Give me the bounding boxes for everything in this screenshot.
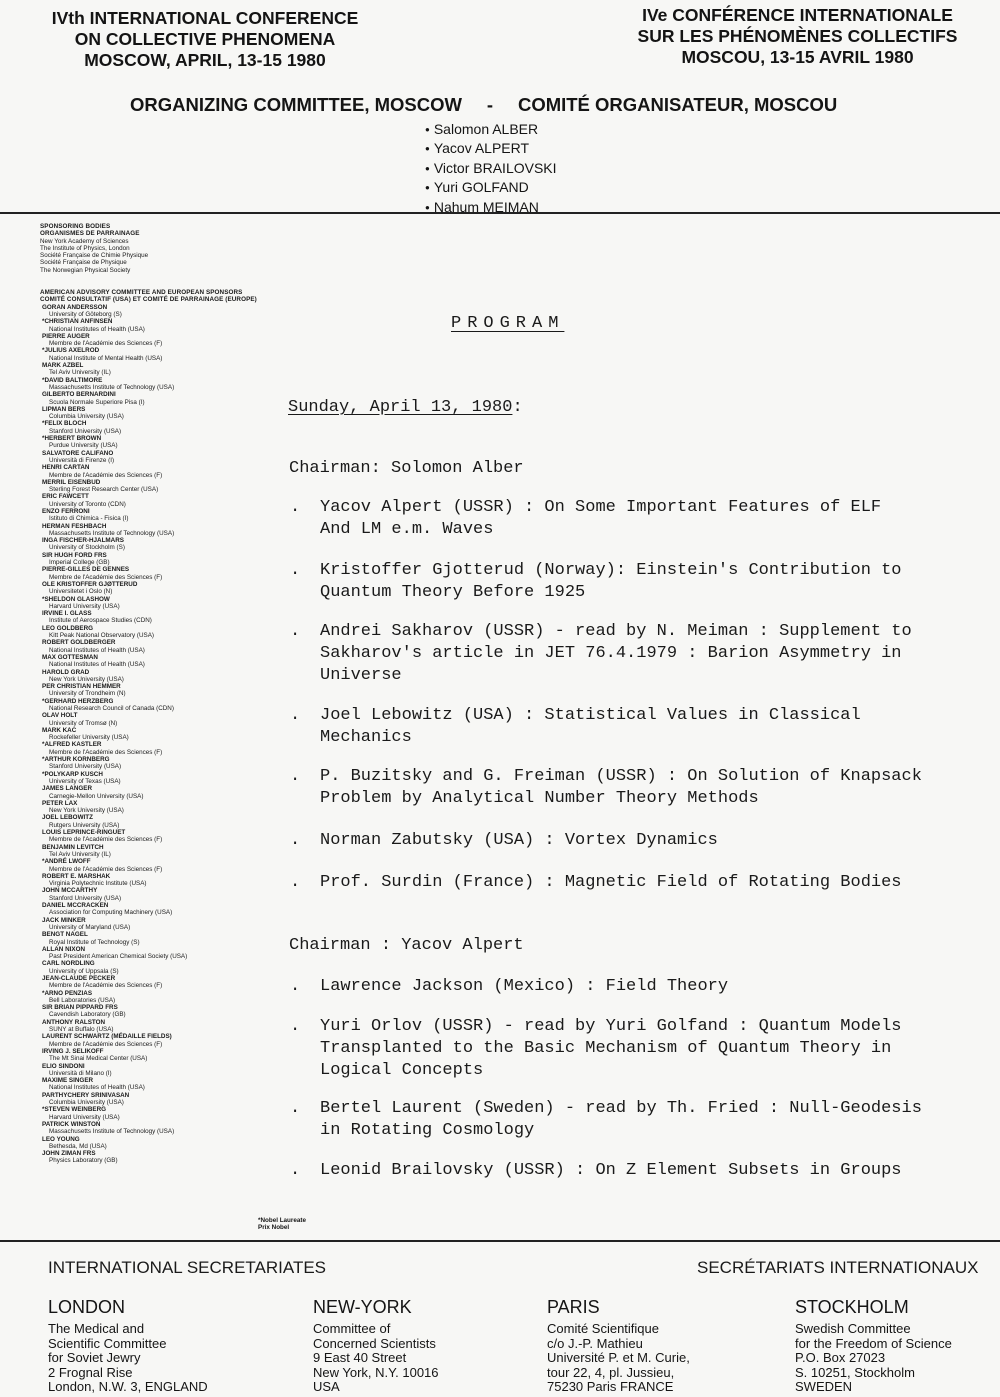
program-talk: .Leonid Brailovsky (USSR) : On Z Element…: [288, 1160, 980, 1182]
committee-member: Yacov ALPERT: [425, 140, 557, 159]
advisory-member-affiliation: Past President American Chemical Society…: [49, 953, 300, 960]
advisory-member-name: *Steven Weinberg: [42, 1106, 300, 1113]
secretariat-london: LONDONThe Medical andScientific Committe…: [48, 1297, 278, 1395]
talk-line: Prof. Surdin (France) : Magnetic Field o…: [320, 872, 980, 894]
secretariat-address-line: 9 East 40 Street: [313, 1351, 543, 1366]
sponsor-list: New York Academy of SciencesThe Institut…: [40, 238, 300, 274]
advisory-member-affiliation: Rutgers University (USA): [49, 822, 300, 829]
advisory-member-affiliation: Physics Laboratory (GB): [49, 1157, 300, 1164]
conference-title-french: IVe CONFÉRENCE INTERNATIONALE SUR LES PH…: [625, 5, 970, 68]
talk-line: Yacov Alpert (USSR) : On Some Important …: [320, 497, 980, 519]
title-line: SUR LES PHÉNOMÈNES COLLECTIFS: [625, 26, 970, 47]
secretariat-address-line: for the Freedom of Science: [795, 1337, 1000, 1352]
advisory-member-name: John McCarthy: [42, 887, 300, 894]
advisory-member-name: Bengt Nagel: [42, 931, 300, 938]
talk-line: Kristoffer Gjotterud (Norway): Einstein'…: [320, 560, 980, 582]
advisory-member-name: Jack Minker: [42, 917, 300, 924]
advisory-member-name: Merril Eisenbud: [42, 479, 300, 486]
advisory-member-name: Carl Nordling: [42, 960, 300, 967]
advisory-member-name: *Arthur Kornberg: [42, 756, 300, 763]
advisory-member-affiliation: Royal Institute of Technology (S): [49, 939, 300, 946]
advisory-member-affiliation: University of Maryland (USA): [49, 924, 300, 931]
advisory-member-name: Mark Kac: [42, 727, 300, 734]
sponsor-item: Société Française de Physique: [40, 259, 300, 266]
advisory-member-affiliation: Stanford University (USA): [49, 895, 300, 902]
advisory-member-affiliation: Imperial College (GB): [49, 559, 300, 566]
committee-member: Yuri GOLFAND: [425, 179, 557, 198]
title-line: MOSCOW, APRIL, 13-15 1980: [40, 50, 370, 71]
secretariat-address-line: Comité Scientifique: [547, 1322, 777, 1337]
advisory-member-name: John Ziman FRS: [42, 1150, 300, 1157]
advisory-member-name: Patrick Winston: [42, 1121, 300, 1128]
talk-line: Sakharov's article in JET 76.4.1979 : Ba…: [320, 643, 980, 665]
committee-member: Salomon ALBER: [425, 121, 557, 140]
advisory-member-affiliation: National Institute of Mental Health (USA…: [49, 355, 300, 362]
advisory-member-name: Lipman Bers: [42, 406, 300, 413]
talk-line: Transplanted to the Basic Mechanism of Q…: [320, 1038, 980, 1060]
talk-line: And LM e.m. Waves: [320, 519, 980, 541]
sponsor-item: Société Française de Chimie Physique: [40, 252, 300, 259]
bullet-icon: .: [290, 976, 300, 998]
advisory-member-affiliation: Association for Computing Machinery (USA…: [49, 909, 300, 916]
secretariat-address-line: for Soviet Jewry: [48, 1351, 278, 1366]
advisory-member-name: *Felix Bloch: [42, 420, 300, 427]
advisory-member-name: Laurent Schwartz (Médaille Fields): [42, 1033, 300, 1040]
advisory-member-name: Daniel McCracken: [42, 902, 300, 909]
footnote-line: Prix Nobel: [258, 1224, 306, 1231]
bullet-icon: .: [290, 1016, 300, 1038]
program-talk: .P. Buzitsky and G. Freiman (USSR) : On …: [288, 766, 980, 810]
committee-member: Victor BRAILOVSKI: [425, 160, 557, 179]
advisory-member-name: Max Gottesman: [42, 654, 300, 661]
advisory-member-affiliation: University of Göteborg (S): [49, 311, 300, 318]
program-talk: .Yacov Alpert (USSR) : On Some Important…: [288, 497, 980, 541]
bullet-icon: .: [290, 766, 300, 788]
secretariat-city: STOCKHOLM: [795, 1297, 1000, 1318]
advisory-member-name: Joel Lebowitz: [42, 814, 300, 821]
advisory-member-name: Ole Kristoffer Gjøtterud: [42, 581, 300, 588]
advisory-member-affiliation: New York University (USA): [49, 676, 300, 683]
advisory-member-name: Goran Andersson: [42, 304, 300, 311]
secretariat-address-line: 2 Frognal Rise: [48, 1366, 278, 1381]
sponsoring-bodies: SPONSORING BODIES ORGANISMES DE PARRAINA…: [40, 223, 300, 274]
program-title: PROGRAM: [451, 313, 564, 335]
advisory-member-name: Herman Feshbach: [42, 523, 300, 530]
advisory-member-affiliation: Membre de l'Académie des Sciences (F): [49, 866, 300, 873]
org-title-en: ORGANIZING COMMITTEE, MOSCOW: [130, 94, 462, 115]
bottom-divider: [0, 1240, 1000, 1242]
secretariat-address-line: USA: [313, 1380, 543, 1395]
advisory-member-affiliation: Membre de l'Académie des Sciences (F): [49, 1041, 300, 1048]
advisory-member-name: Leo Goldberg: [42, 625, 300, 632]
advisory-list: Goran AnderssonUniversity of Göteborg (S…: [40, 304, 300, 1165]
secretariat-address-line: The Medical and: [48, 1322, 278, 1337]
advisory-member-affiliation: The Mt Sinai Medical Center (USA): [49, 1055, 300, 1062]
footer-heading-fr: SECRÉTARIATS INTERNATIONAUX: [697, 1258, 978, 1278]
secretariat-city: PARIS: [547, 1297, 777, 1318]
advisory-member-affiliation: Membre de l'Académie des Sciences (F): [49, 749, 300, 756]
advisory-member-affiliation: Stanford University (USA): [49, 428, 300, 435]
secretariat-paris: PARISComité Scientifiquec/o J.-P. Mathie…: [547, 1297, 777, 1395]
advisory-member-affiliation: Bell Laboratories (USA): [49, 997, 300, 1004]
secretariat-stockholm: STOCKHOLMSwedish Committeefor the Freedo…: [795, 1297, 1000, 1395]
bullet-icon: .: [290, 1098, 300, 1120]
sponsor-item: The Norwegian Physical Society: [40, 267, 300, 274]
nobel-footnote: *Nobel Laureate Prix Nobel: [258, 1217, 306, 1232]
advisory-member-affiliation: Scuola Normale Superiore Pisa (I): [49, 399, 300, 406]
program-talk: .Andrei Sakharov (USSR) - read by N. Mei…: [288, 621, 980, 687]
advisory-member-affiliation: Purdue University (USA): [49, 442, 300, 449]
advisory-member-affiliation: Columbia University (USA): [49, 413, 300, 420]
secretariat-address-line: S. 10251, Stockholm: [795, 1366, 1000, 1381]
advisory-member-name: Elio Sindoni: [42, 1063, 300, 1070]
advisory-member-name: *Arno Penzias: [42, 990, 300, 997]
advisory-member-name: Parthychery Srinivasan: [42, 1092, 300, 1099]
title-line: MOSCOU, 13-15 AVRIL 1980: [625, 47, 970, 68]
advisory-member-affiliation: Istituto di Chimica - Fisica (I): [49, 515, 300, 522]
advisory-member-affiliation: Carnegie-Mellon University (USA): [49, 793, 300, 800]
title-line: IVth INTERNATIONAL CONFERENCE: [40, 8, 370, 29]
advisory-member-affiliation: Stanford University (USA): [49, 763, 300, 770]
advisory-member-affiliation: Membre de l'Académie des Sciences (F): [49, 836, 300, 843]
program-talk: .Kristoffer Gjotterud (Norway): Einstein…: [288, 560, 980, 604]
talk-line: P. Buzitsky and G. Freiman (USSR) : On S…: [320, 766, 980, 788]
advisory-member-affiliation: National Institutes of Health (USA): [49, 661, 300, 668]
advisory-member-name: James Langer: [42, 785, 300, 792]
advisory-member-name: Pierre-Gilles de Gennes: [42, 566, 300, 573]
talk-line: in Rotating Cosmology: [320, 1120, 980, 1142]
advisory-member-name: Inga Fischer-Hjalmars: [42, 537, 300, 544]
advisory-member-name: Olav Holt: [42, 712, 300, 719]
secretariat-city: NEW-YORK: [313, 1297, 543, 1318]
talk-line: Lawrence Jackson (Mexico) : Field Theory: [320, 976, 980, 998]
advisory-member-affiliation: University of Toronto (CDN): [49, 501, 300, 508]
advisory-member-affiliation: Massachusetts Institute of Technology (U…: [49, 530, 300, 537]
advisory-member-name: Per Christian Hemmer: [42, 683, 300, 690]
program-talk: .Norman Zabutsky (USA) : Vortex Dynamics: [288, 830, 980, 852]
talk-line: Leonid Brailovsky (USSR) : On Z Element …: [320, 1160, 980, 1182]
advisory-member-affiliation: National Institutes of Health (USA): [49, 326, 300, 333]
talk-line: Quantum Theory Before 1925: [320, 582, 980, 604]
advisory-member-affiliation: Virginia Polytechnic Institute (USA): [49, 880, 300, 887]
advisory-member-name: Robert E. Marshak: [42, 873, 300, 880]
advisory-member-affiliation: University of Trondheim (N): [49, 690, 300, 697]
footer-heading-en: INTERNATIONAL SECRETARIATES: [48, 1258, 326, 1278]
talk-line: Problem by Analytical Number Theory Meth…: [320, 788, 980, 810]
secretariat-address-line: 75230 Paris FRANCE: [547, 1380, 777, 1395]
advisory-member-name: *Herbert Brown: [42, 435, 300, 442]
advisory-member-affiliation: Columbia University (USA): [49, 1099, 300, 1106]
advisory-member-name: *André Lwoff: [42, 858, 300, 865]
talk-line: Universe: [320, 665, 980, 687]
advisory-member-affiliation: University of Tromsø (N): [49, 720, 300, 727]
advisory-member-name: Irving J. Selikoff: [42, 1048, 300, 1055]
advisory-member-affiliation: University of Uppsala (S): [49, 968, 300, 975]
date-colon: :: [512, 398, 522, 417]
program-talk: .Yuri Orlov (USSR) - read by Yuri Golfan…: [288, 1016, 980, 1082]
advisory-member-name: *Julius Axelrod: [42, 347, 300, 354]
program-talk: .Joel Lebowitz (USA) : Statistical Value…: [288, 705, 980, 749]
advisory-member-name: Leo Young: [42, 1136, 300, 1143]
org-title-fr: COMITÉ ORGANISATEUR, MOSCOU: [518, 94, 837, 115]
sponsor-item: The Institute of Physics, London: [40, 245, 300, 252]
secretariat-address-line: Concerned Scientists: [313, 1337, 543, 1352]
secretariat-address-line: Swedish Committee: [795, 1322, 1000, 1337]
organizing-committee-title: ORGANIZING COMMITTEE, MOSCOW-COMITÉ ORGA…: [130, 94, 870, 116]
advisory-member-affiliation: Tel Aviv University (IL): [49, 369, 300, 376]
advisory-member-affiliation: National Research Council of Canada (CDN…: [49, 705, 300, 712]
organizing-committee-members: Salomon ALBER Yacov ALPERT Victor BRAILO…: [425, 121, 557, 218]
advisory-member-name: Robert Goldberger: [42, 639, 300, 646]
talk-line: Joel Lebowitz (USA) : Statistical Values…: [320, 705, 980, 727]
advisory-member-affiliation: Institute of Aerospace Studies (CDN): [49, 617, 300, 624]
advisory-member-name: Peter Lax: [42, 800, 300, 807]
advisory-member-name: *Sheldon Glashow: [42, 596, 300, 603]
secretariat-address-line: Université P. et M. Curie,: [547, 1351, 777, 1366]
advisory-member-name: Louis Leprince-Ringuet: [42, 829, 300, 836]
advisory-member-name: *Alfred Kastler: [42, 741, 300, 748]
bullet-icon: .: [290, 830, 300, 852]
secretariat-address-line: Scientific Committee: [48, 1337, 278, 1352]
advisory-member-affiliation: Massachusetts Institute of Technology (U…: [49, 384, 300, 391]
conference-title-english: IVth INTERNATIONAL CONFERENCE ON COLLECT…: [40, 8, 370, 71]
talk-line: Yuri Orlov (USSR) - read by Yuri Golfand…: [320, 1016, 980, 1038]
secretariat-address-line: c/o J.-P. Mathieu: [547, 1337, 777, 1352]
program-talk: .Lawrence Jackson (Mexico) : Field Theor…: [288, 976, 980, 998]
program-talk: .Bertel Laurent (Sweden) - read by Th. F…: [288, 1098, 980, 1142]
committee-member: Nahum MEIMAN: [425, 199, 557, 218]
advisory-member-affiliation: National Institutes of Health (USA): [49, 647, 300, 654]
secretariat-address-line: Committee of: [313, 1322, 543, 1337]
advisory-member-affiliation: New York University (USA): [49, 807, 300, 814]
advisory-member-name: Allan Nixon: [42, 946, 300, 953]
advisory-member-name: Sir Brian Pippard FRS: [42, 1004, 300, 1011]
advisory-member-affiliation: Bethesda, Md (USA): [49, 1143, 300, 1150]
advisory-member-affiliation: Università di Milano (I): [49, 1070, 300, 1077]
session-chairman: Chairman : Yacov Alpert: [289, 935, 524, 957]
advisory-member-affiliation: University of Texas (USA): [49, 778, 300, 785]
bullet-icon: .: [290, 872, 300, 894]
session-chairman: Chairman: Solomon Alber: [289, 458, 524, 480]
advisory-member-name: Enzo Ferroni: [42, 508, 300, 515]
advisory-member-affiliation: University of Stockholm (S): [49, 544, 300, 551]
secretariat-address-line: P.O. Box 27023: [795, 1351, 1000, 1366]
advisory-member-name: Salvatore Califano: [42, 450, 300, 457]
advisory-member-name: Eric Fawcett: [42, 493, 300, 500]
advisory-member-name: Harold Grad: [42, 669, 300, 676]
advisory-member-name: *Polykarp Kusch: [42, 771, 300, 778]
advisory-committee: AMERICAN ADVISORY COMMITTEE AND EUROPEAN…: [40, 289, 300, 1165]
secretariat-new-york: NEW-YORKCommittee ofConcerned Scientists…: [313, 1297, 543, 1395]
talk-line: Andrei Sakharov (USSR) - read by N. Meim…: [320, 621, 980, 643]
advisory-member-affiliation: Cavendish Laboratory (GB): [49, 1011, 300, 1018]
talk-line: Logical Concepts: [320, 1060, 980, 1082]
advisory-member-affiliation: Harvard University (USA): [49, 603, 300, 610]
advisory-member-name: Gilberto Bernardini: [42, 391, 300, 398]
bullet-icon: .: [290, 1160, 300, 1182]
advisory-member-name: Maxime Singer: [42, 1077, 300, 1084]
sponsor-item: New York Academy of Sciences: [40, 238, 300, 245]
advisory-member-name: Jean-Claude Pecker: [42, 975, 300, 982]
secretariat-address-line: New York, N.Y. 10016: [313, 1366, 543, 1381]
advisory-member-name: Henri Cartan: [42, 464, 300, 471]
date-text: Sunday, April 13, 1980: [288, 398, 512, 417]
secretariat-address-line: London, N.W. 3, ENGLAND: [48, 1380, 278, 1395]
sponsoring-heading-fr: ORGANISMES DE PARRAINAGE: [40, 230, 300, 237]
secretariat-city: LONDON: [48, 1297, 278, 1318]
advisory-heading-fr: COMITÉ CONSULTATIF (USA) ET COMITÉ DE PA…: [40, 296, 300, 303]
advisory-member-affiliation: Universitetet i Oslo (N): [49, 588, 300, 595]
advisory-member-name: Anthony Ralston: [42, 1019, 300, 1026]
advisory-member-affiliation: Rockefeller University (USA): [49, 734, 300, 741]
secretariat-address-line: SWEDEN: [795, 1380, 1000, 1395]
advisory-member-affiliation: Kitt Peak National Observatory (USA): [49, 632, 300, 639]
sponsoring-heading-en: SPONSORING BODIES: [40, 223, 300, 230]
advisory-member-name: Irvine I. Glass: [42, 610, 300, 617]
advisory-member-name: Pierre Auger: [42, 333, 300, 340]
advisory-member-affiliation: Harvard University (USA): [49, 1114, 300, 1121]
bullet-icon: .: [290, 705, 300, 727]
advisory-member-name: Mark Azbel: [42, 362, 300, 369]
top-divider: [0, 212, 1000, 214]
talk-line: Mechanics: [320, 727, 980, 749]
bullet-icon: .: [290, 497, 300, 519]
advisory-member-affiliation: Membre de l'Académie des Sciences (F): [49, 472, 300, 479]
advisory-member-name: *Christian Anfinsen: [42, 318, 300, 325]
talk-line: Norman Zabutsky (USA) : Vortex Dynamics: [320, 830, 980, 852]
title-line: ON COLLECTIVE PHENOMENA: [40, 29, 370, 50]
advisory-member-name: Benjamin Levitch: [42, 844, 300, 851]
talk-line: Bertel Laurent (Sweden) - read by Th. Fr…: [320, 1098, 980, 1120]
secretariat-address-line: tour 22, 4, pl. Jussieu,: [547, 1366, 777, 1381]
program-date: Sunday, April 13, 1980:: [288, 397, 523, 419]
advisory-member-affiliation: Membre de l'Académie des Sciences (F): [49, 982, 300, 989]
advisory-member-affiliation: Membre de l'Académie des Sciences (F): [49, 574, 300, 581]
footnote-line: *Nobel Laureate: [258, 1217, 306, 1224]
title-line: IVe CONFÉRENCE INTERNATIONALE: [625, 5, 970, 26]
advisory-member-name: *Gerhard Herzberg: [42, 698, 300, 705]
bullet-icon: .: [290, 560, 300, 582]
sidebar: SPONSORING BODIES ORGANISMES DE PARRAINA…: [40, 223, 300, 1165]
program-talk: .Prof. Surdin (France) : Magnetic Field …: [288, 872, 980, 894]
bullet-icon: .: [290, 621, 300, 643]
advisory-member-name: *David Baltimore: [42, 377, 300, 384]
advisory-member-affiliation: Membre de l'Académie des Sciences (F): [49, 340, 300, 347]
advisory-member-affiliation: National Institutes of Health (USA): [49, 1084, 300, 1091]
org-title-separator: -: [462, 94, 518, 116]
advisory-member-affiliation: Università di Firenze (I): [49, 457, 300, 464]
advisory-member-name: Sir Hugh Ford FRS: [42, 552, 300, 559]
advisory-member-affiliation: Massachusetts Institute of Technology (U…: [49, 1128, 300, 1135]
advisory-member-affiliation: Sterling Forest Research Center (USA): [49, 486, 300, 493]
